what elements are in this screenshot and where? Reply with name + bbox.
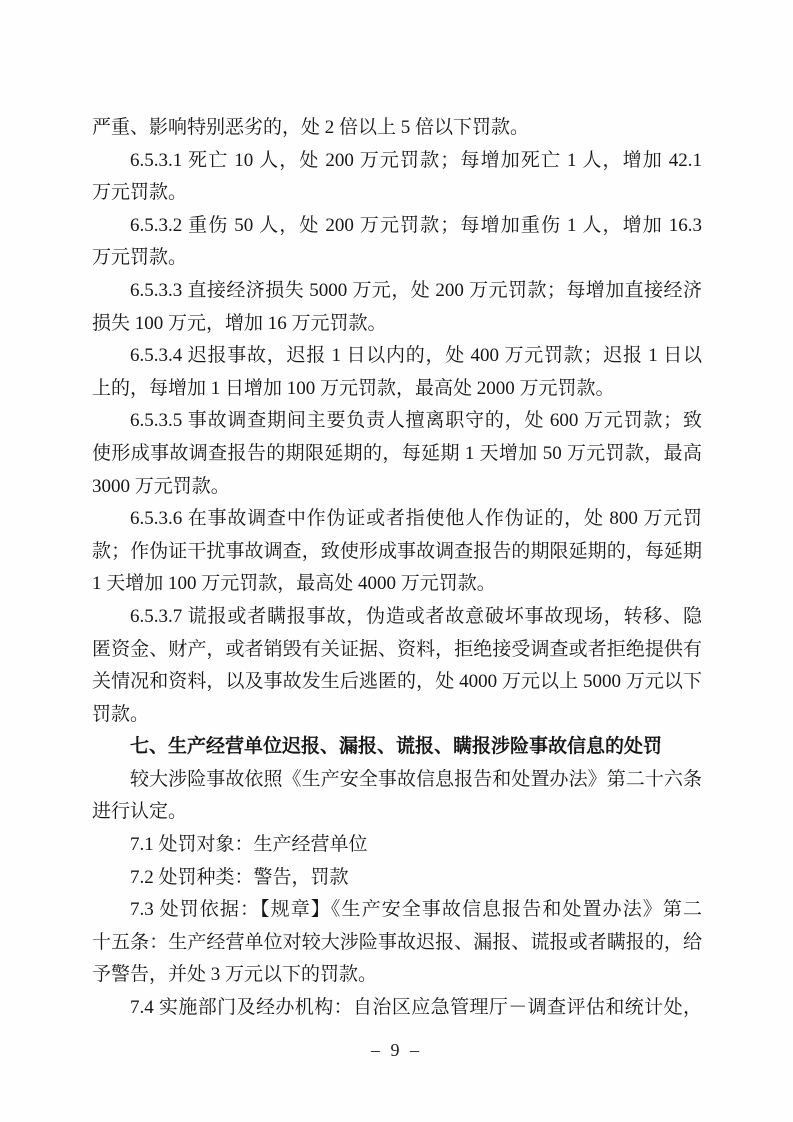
document-line: 万元罚款。 (92, 242, 702, 275)
document-line: 款；作伪证干扰事故调查，致使形成事故调查报告的期限延期的，每延期 (92, 536, 702, 569)
document-line: 罚款。 (92, 699, 702, 732)
document-line: 6.5.3.2 重伤 50 人，处 200 万元罚款；每增加重伤 1 人，增加 … (92, 210, 702, 243)
document-line: 进行认定。 (92, 796, 702, 829)
document-line: 万元罚款。 (92, 177, 702, 210)
document-line: 7.1 处罚对象：生产经营单位 (92, 829, 702, 862)
document-line: 匿资金、财产，或者销毁有关证据、资料，拒绝接受调查或者拒绝提供有 (92, 634, 702, 667)
document-line: 上的，每增加 1 日增加 100 万元罚款，最高处 2000 万元罚款。 (92, 373, 702, 406)
document-line: 关情况和资料，以及事故发生后逃匿的，处 4000 万元以上 5000 万元以下 (92, 666, 702, 699)
document-line: 使形成事故调查报告的期限延期的，每延期 1 天增加 50 万元罚款，最高处 (92, 438, 702, 471)
document-line: 损失 100 万元，增加 16 万元罚款。 (92, 308, 702, 341)
section-heading: 七、生产经营单位迟报、漏报、谎报、瞒报涉险事故信息的处罚 (92, 731, 702, 764)
document-line: 1 天增加 100 万元罚款，最高处 4000 万元罚款。 (92, 568, 702, 601)
document-line: 较大涉险事故依照《生产安全事故信息报告和处置办法》第二十六条 (92, 764, 702, 797)
document-line: 3000 万元罚款。 (92, 471, 702, 504)
document-line: 7.2 处罚种类：警告，罚款 (92, 862, 702, 895)
document-line: 6.5.3.4 迟报事故，迟报 1 日以内的，处 400 万元罚款；迟报 1 日… (92, 340, 702, 373)
document-line: 予警告，并处 3 万元以下的罚款。 (92, 959, 702, 992)
document-line: 7.3 处罚依据：【规章】《生产安全事故信息报告和处置办法》第二 (92, 894, 702, 927)
document-line: 十五条：生产经营单位对较大涉险事故迟报、漏报、谎报或者瞒报的，给 (92, 927, 702, 960)
document-page: 严重、影响特别恶劣的，处 2 倍以上 5 倍以下罚款。6.5.3.1 死亡 10… (0, 0, 793, 1122)
document-line: 严重、影响特别恶劣的，处 2 倍以上 5 倍以下罚款。 (92, 112, 702, 145)
page-number: – 9 – (0, 1040, 793, 1061)
document-line: 6.5.3.5 事故调查期间主要负责人擅离职守的，处 600 万元罚款；致 (92, 405, 702, 438)
document-line: 6.5.3.3 直接经济损失 5000 万元，处 200 万元罚款；每增加直接经… (92, 275, 702, 308)
document-body: 严重、影响特别恶劣的，处 2 倍以上 5 倍以下罚款。6.5.3.1 死亡 10… (92, 112, 702, 1025)
document-line: 6.5.3.6 在事故调查中作伪证或者指使他人作伪证的，处 800 万元罚 (92, 503, 702, 536)
document-line: 6.5.3.7 谎报或者瞒报事故，伪造或者故意破坏事故现场，转移、隐 (92, 601, 702, 634)
document-line: 7.4 实施部门及经办机构：自治区应急管理厅－调查评估和统计处， (92, 992, 702, 1025)
document-line: 6.5.3.1 死亡 10 人，处 200 万元罚款；每增加死亡 1 人，增加 … (92, 145, 702, 178)
